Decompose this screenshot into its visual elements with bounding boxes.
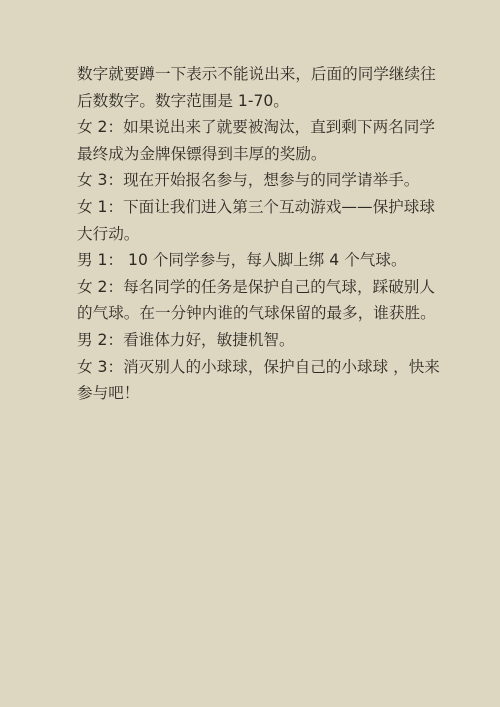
text-line: 男 2：看谁体力好，敏捷机智。 xyxy=(77,327,427,354)
document-body: 数字就要蹲一下表示不能说出来，后面的同学继续往 后数数字。数字范围是 1-70。… xyxy=(77,61,427,407)
text-line: 最终成为金牌保镖得到丰厚的奖励。 xyxy=(77,141,427,168)
text-line: 的气球。在一分钟内谁的气球保留的最多，谁获胜。 xyxy=(77,300,427,327)
text-line: 女 3：现在开始报名参与，想参与的同学请举手。 xyxy=(77,167,427,194)
text-line: 女 1：下面让我们进入第三个互动游戏——保护球球 xyxy=(77,194,427,221)
text-line: 女 3：消灭别人的小球球，保护自己的小球球 ，快来 xyxy=(77,354,427,381)
text-line: 大行动。 xyxy=(77,221,427,248)
text-line: 男 1： 10 个同学参与，每人脚上绑 4 个气球。 xyxy=(77,247,427,274)
text-line: 数字就要蹲一下表示不能说出来，后面的同学继续往 xyxy=(77,61,427,88)
text-line: 女 2：如果说出来了就要被淘汰，直到剩下两名同学 xyxy=(77,114,427,141)
text-line: 后数数字。数字范围是 1-70。 xyxy=(77,88,427,115)
text-line: 女 2：每名同学的任务是保护自己的气球，踩破别人 xyxy=(77,274,427,301)
text-line: 参与吧！ xyxy=(77,380,427,407)
document-page: 数字就要蹲一下表示不能说出来，后面的同学继续往 后数数字。数字范围是 1-70。… xyxy=(0,0,500,707)
